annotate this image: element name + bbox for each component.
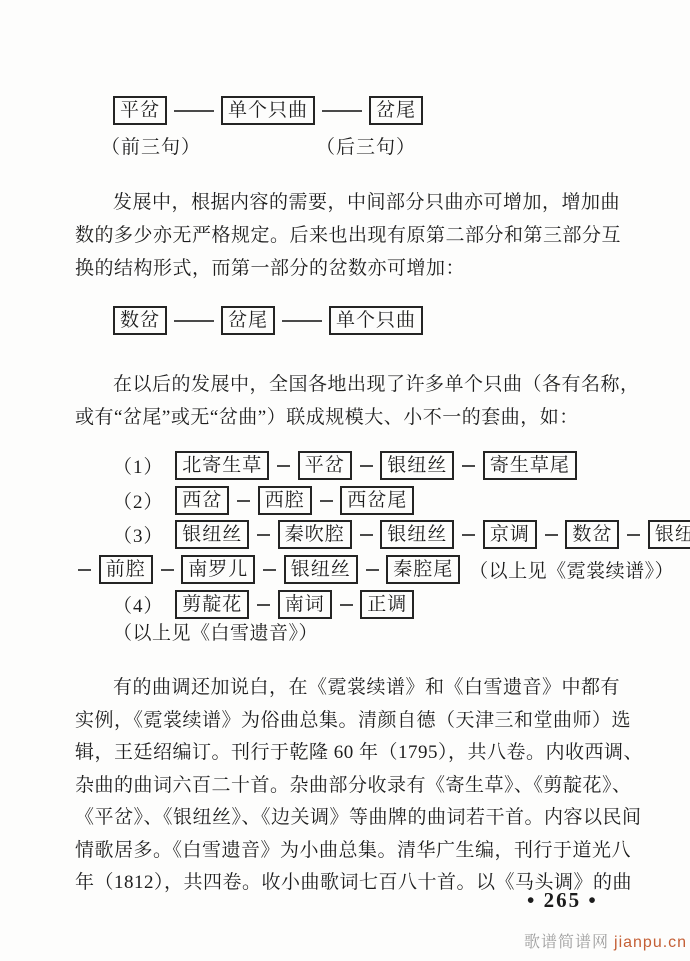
tune-box: 银纽丝 bbox=[175, 520, 249, 549]
text-line: 杂曲的曲词六百二十首。杂曲部分收录有《寄生草》、《剪靛花》、 bbox=[75, 770, 635, 803]
connector-line bbox=[462, 534, 475, 536]
tune-box: 剪靛花 bbox=[175, 590, 249, 619]
tune-box: 数岔 bbox=[565, 520, 619, 549]
tune-box: 南罗儿 bbox=[181, 555, 255, 584]
connector-line bbox=[282, 320, 322, 322]
diagram-box-shu-cha: 数岔 bbox=[113, 306, 167, 335]
connector-line bbox=[78, 569, 91, 571]
connector-line bbox=[263, 569, 276, 571]
book-page: 平岔 单个只曲 岔尾 （前三句） （后三句） 发展中，根据内容的需要，中间部分只… bbox=[0, 0, 690, 961]
text-line: 情歌居多。《白雪遗音》为小曲总集。清华广生编，刊行于道光八 bbox=[75, 835, 635, 868]
watermark-url: jianpu.cn bbox=[614, 934, 687, 951]
tune-box: 秦吹腔 bbox=[278, 520, 352, 549]
connector-line bbox=[161, 569, 174, 571]
diagram-box-cha-wei: 岔尾 bbox=[221, 306, 275, 335]
tune-box: 西腔 bbox=[258, 486, 312, 515]
text-line: 或有“岔尾”或无“岔曲”）联成规模大、小不一的套曲，如： bbox=[75, 401, 635, 434]
tune-box: 正调 bbox=[360, 590, 414, 619]
connector-line bbox=[462, 465, 475, 467]
text-line: 换的结构形式，而第一部分的岔数亦可增加： bbox=[75, 252, 635, 285]
tune-box: 京调 bbox=[483, 520, 537, 549]
tune-box: 前腔 bbox=[99, 555, 153, 584]
tune-box: 西岔 bbox=[175, 486, 229, 515]
example-item-3-line-2: 前腔 南罗儿 银纽丝 秦腔尾 （以上见《霓裳续谱》） bbox=[75, 555, 674, 584]
text-line: 有的曲调还加说白，在《霓裳续谱》和《白雪遗音》中都有 bbox=[75, 672, 635, 705]
page-number: • 265 • bbox=[527, 888, 598, 913]
tune-box: 银纽丝 bbox=[648, 520, 690, 549]
tune-box: 秦腔尾 bbox=[386, 555, 460, 584]
paragraph-development: 发展中，根据内容的需要，中间部分只曲亦可增加，增加曲 数的多少亦无严格规定。后来… bbox=[75, 186, 635, 285]
paragraph-collections: 有的曲调还加说白，在《霓裳续谱》和《白雪遗音》中都有 实例，《霓裳续谱》为俗曲总… bbox=[75, 672, 635, 900]
item-number: （3） bbox=[113, 521, 164, 548]
text-line: 《平岔》、《银纽丝》、《边关调》等曲牌的曲词若干首。内容以民间 bbox=[75, 802, 635, 835]
item-number: （1） bbox=[113, 452, 164, 479]
tune-box: 平岔 bbox=[298, 451, 352, 480]
connector-line bbox=[360, 534, 373, 536]
tune-box: 寄生草尾 bbox=[483, 451, 577, 480]
connector-line bbox=[545, 534, 558, 536]
source-note-nichang: （以上见《霓裳续谱》） bbox=[469, 561, 674, 582]
example-item-3-line-1: （3） 银纽丝 秦吹腔 银纽丝 京调 数岔 银纽丝 bbox=[113, 520, 690, 549]
text-line: 辑，王廷绍编订。刊行于乾隆 60 年（1795），共八卷。内收西调、 bbox=[75, 737, 635, 770]
example-item-1: （1） 北寄生草 平岔 银纽丝 寄生草尾 bbox=[113, 451, 577, 480]
source-note-baixue: （以上见《白雪遗音》） bbox=[113, 617, 318, 650]
watermark-site-name: 歌谱简谱网 bbox=[524, 934, 609, 951]
text-line: 在以后的发展中，全国各地出现了许多单个只曲（各有名称， bbox=[75, 368, 635, 401]
connector-line bbox=[322, 110, 362, 112]
paragraph-later-development: 在以后的发展中，全国各地出现了许多单个只曲（各有名称， 或有“岔尾”或无“岔曲”… bbox=[75, 368, 635, 434]
watermark: 歌谱简谱网jianpu.cn bbox=[524, 929, 687, 952]
connector-line bbox=[277, 465, 290, 467]
example-item-4: （4） 剪靛花 南词 正调 bbox=[113, 590, 414, 619]
diagram-box-cha-wei: 岔尾 bbox=[369, 96, 423, 125]
text-line: 实例，《霓裳续谱》为俗曲总集。清颜自德（天津三和堂曲师）选 bbox=[75, 705, 635, 738]
connector-line bbox=[257, 534, 270, 536]
item-number: （2） bbox=[113, 487, 164, 514]
tune-box: 银纽丝 bbox=[380, 520, 454, 549]
structure-diagram-middle: 数岔 岔尾 单个只曲 bbox=[113, 306, 423, 335]
connector-line bbox=[366, 569, 379, 571]
connector-line bbox=[257, 604, 270, 606]
connector-line bbox=[360, 465, 373, 467]
tune-box: 银纽丝 bbox=[284, 555, 358, 584]
connector-line bbox=[237, 500, 250, 502]
connector-line bbox=[174, 110, 214, 112]
connector-line bbox=[320, 500, 333, 502]
structure-diagram-top: 平岔 单个只曲 岔尾 bbox=[113, 96, 423, 125]
text-line: 发展中，根据内容的需要，中间部分只曲亦可增加，增加曲 bbox=[75, 186, 635, 219]
diagram-box-ping-cha: 平岔 bbox=[113, 96, 167, 125]
connector-line bbox=[340, 604, 353, 606]
tune-box: 西岔尾 bbox=[340, 486, 414, 515]
connector-line bbox=[174, 320, 214, 322]
text-line: 数的多少亦无严格规定。后来也出现有原第二部分和第三部分互 bbox=[75, 219, 635, 252]
item-number: （4） bbox=[113, 591, 164, 618]
example-item-2: （2） 西岔 西腔 西岔尾 bbox=[113, 486, 414, 515]
connector-line bbox=[627, 534, 640, 536]
tune-box: 北寄生草 bbox=[175, 451, 269, 480]
diagram-box-single-tune: 单个只曲 bbox=[329, 306, 423, 335]
tune-box: 南词 bbox=[278, 590, 332, 619]
tune-box: 银纽丝 bbox=[380, 451, 454, 480]
caption-front-three-lines: （前三句） bbox=[101, 132, 201, 159]
diagram-box-single-tune: 单个只曲 bbox=[221, 96, 315, 125]
caption-back-three-lines: （后三句） bbox=[316, 132, 416, 159]
